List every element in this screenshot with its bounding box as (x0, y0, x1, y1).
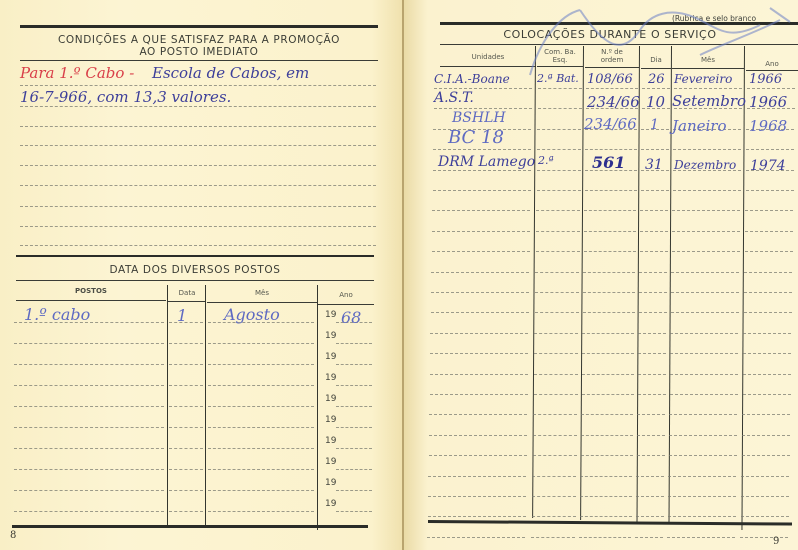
year-prefix: 19 (325, 478, 336, 488)
placement-row-line (635, 537, 663, 538)
year-prefix: 19 (325, 352, 336, 362)
conditions-line (20, 106, 376, 107)
placement-row-line (532, 496, 576, 497)
rank-row-line (336, 343, 372, 344)
year-prefix: 19 (325, 373, 336, 383)
placement-row-line (742, 414, 790, 415)
placement-row-line (432, 251, 530, 252)
rank-row-line (169, 490, 203, 491)
placement-row-line (433, 149, 531, 150)
header-underline (746, 70, 798, 71)
bottom-rule (428, 520, 792, 526)
page-number: 9 (773, 536, 779, 547)
placement-row-line (432, 231, 530, 232)
placement-row-line (584, 231, 636, 232)
rank-row-line (336, 406, 372, 407)
rank-1-data: 1 (177, 306, 187, 325)
rank-row-line (169, 511, 203, 512)
ranks-title: DATA DOS DIVERSOS POSTOS (16, 264, 374, 276)
placement-row-line (671, 272, 739, 273)
placement-row-line (536, 231, 580, 232)
row5-com: 2.ª (538, 154, 554, 167)
placement-row-line (744, 272, 792, 273)
col-header-dia: Dia (641, 56, 671, 64)
placement-row-line (642, 88, 670, 89)
placement-row-line (586, 88, 638, 89)
placement-row-line (430, 394, 528, 395)
year-prefix: 19 (325, 499, 336, 509)
placement-row-line (429, 414, 527, 415)
placement-row-line (535, 312, 579, 313)
placement-row-line (532, 476, 576, 477)
top-rule (20, 25, 378, 28)
placement-row-line (639, 292, 667, 293)
col-header-com-line1: Com. Ba. (537, 48, 583, 56)
placement-row-line (641, 149, 669, 150)
placement-row-line (534, 394, 578, 395)
placement-row-line (671, 292, 739, 293)
rank-row-line (336, 385, 372, 386)
row3-unidade: BSHLH (452, 110, 506, 126)
rank-row-line (14, 343, 164, 344)
placement-row-line (581, 414, 633, 415)
placement-row-line (674, 88, 742, 89)
header-underline (585, 67, 639, 68)
left-page: CONDIÇÕES A QUE SATISFAZ PARA A PROMOÇÃO… (0, 0, 404, 550)
rank-row-line (208, 448, 314, 449)
placement-row-line (430, 353, 528, 354)
conditions-line (20, 245, 376, 246)
placement-row-line (669, 414, 737, 415)
rank-row-line (336, 469, 372, 470)
header-underline (672, 68, 744, 69)
placement-row-line (583, 292, 635, 293)
header-underline (641, 68, 671, 69)
right-page: (Rubrica e selo branco COLOCAÇÕES DURANT… (404, 0, 798, 550)
placement-row-line (641, 190, 669, 191)
placement-row-line (580, 496, 632, 497)
placement-row-line (636, 496, 664, 497)
rank-row-line (14, 511, 164, 512)
promotion-date-grade-handwriting: 16-7-966, com 13,3 valores. (20, 88, 231, 106)
year-prefix: 19 (325, 436, 336, 446)
col-divider (205, 285, 206, 528)
row3-ano: 1968 (749, 117, 787, 135)
placement-row-line (582, 374, 634, 375)
conditions-title-line1: CONDIÇÕES A QUE SATISFAZ PARA A PROMOÇÃO (20, 34, 378, 46)
placement-row-line (670, 353, 738, 354)
rank-row-line (169, 385, 203, 386)
header-underline (537, 66, 583, 67)
rank-row-line (14, 448, 164, 449)
rank-row-line (208, 364, 314, 365)
placement-row-line (429, 455, 527, 456)
placement-row-line (639, 312, 667, 313)
placement-row-line (534, 333, 578, 334)
placement-row-line (538, 108, 582, 109)
placement-row-line (743, 333, 791, 334)
placement-row-line (740, 537, 788, 538)
col-divider (741, 46, 745, 530)
placement-row-line (584, 251, 636, 252)
placement-row-line (533, 414, 577, 415)
year-prefix: 19 (325, 331, 336, 341)
placement-row-line (638, 394, 666, 395)
ranks-title-rule (16, 280, 374, 281)
col-header-mes: Mês (207, 289, 317, 297)
row1-ano: 1966 (749, 72, 782, 87)
placement-row-line (741, 516, 789, 517)
placement-row-line (537, 149, 581, 150)
row2-ordem: 234/66 (587, 93, 640, 111)
rank-row-line (208, 490, 314, 491)
placement-row-line (537, 129, 581, 130)
placement-row-line (580, 476, 632, 477)
rank-1-mes: Agosto (224, 305, 280, 324)
placement-row-line (428, 516, 526, 517)
placement-row-line (637, 435, 665, 436)
rank-row-line (208, 406, 314, 407)
placement-row-line (537, 170, 581, 171)
placement-row-line (431, 312, 529, 313)
row2-dia: 10 (646, 93, 665, 111)
placement-row-line (581, 435, 633, 436)
header-underline (207, 302, 317, 303)
placement-row-line (743, 353, 791, 354)
bottom-rule (12, 525, 368, 528)
placement-row-line (744, 292, 792, 293)
placement-row-line (667, 537, 735, 538)
placement-row-line (536, 210, 580, 211)
placement-row-line (433, 190, 531, 191)
rank-row-line (169, 406, 203, 407)
row2-mes: Setembro (672, 92, 746, 110)
placement-row-line (741, 496, 789, 497)
placement-row-line (431, 292, 529, 293)
placement-row-line (742, 435, 790, 436)
year-prefix: 19 (325, 457, 336, 467)
conditions-line (20, 85, 376, 86)
placement-row-line (535, 272, 579, 273)
placement-row-line (636, 476, 664, 477)
placement-row-line (428, 496, 526, 497)
placement-row-line (669, 455, 737, 456)
placement-row-line (638, 353, 666, 354)
placement-row-line (638, 374, 666, 375)
placement-row-line (673, 149, 741, 150)
placement-row-line (538, 88, 582, 89)
placement-row-line (585, 190, 637, 191)
rank-row-line (208, 511, 314, 512)
placement-row-line (638, 333, 666, 334)
placement-row-line (637, 455, 665, 456)
row1-ordem: 108/66 (587, 72, 633, 87)
rank-1-posto: 1.º cabo (24, 305, 90, 324)
row5-unidade: DRM Lamego (438, 154, 535, 170)
placement-row-line (582, 394, 634, 395)
placement-row-line (580, 516, 632, 517)
placement-row-line (636, 516, 664, 517)
placement-row-line (669, 435, 737, 436)
placement-row-line (668, 516, 736, 517)
col-header-com-line2: Esq. (537, 56, 583, 64)
col-header-postos: POSTOS (16, 287, 166, 295)
placement-row-line (585, 149, 637, 150)
placement-row-line (579, 537, 631, 538)
row1-mes: Fevereiro (674, 72, 732, 86)
placement-row-line (745, 251, 793, 252)
rank-row-line (336, 511, 372, 512)
placement-row-line (671, 312, 739, 313)
rank-row-line (14, 385, 164, 386)
year-prefix: 19 (325, 415, 336, 425)
col-header-unidades: Unidades (440, 53, 536, 61)
row3-dia: 1 (650, 117, 659, 133)
rank-row-line (336, 490, 372, 491)
placement-row-line (670, 394, 738, 395)
header-underline (440, 66, 536, 67)
placement-row-line (533, 455, 577, 456)
rank-row-line (169, 364, 203, 365)
rank-row-line (336, 448, 372, 449)
placement-row-line (429, 435, 527, 436)
header-underline (318, 304, 374, 305)
conditions-line (20, 145, 376, 146)
placement-row-line (583, 312, 635, 313)
rank-row-line (14, 427, 164, 428)
placement-row-line (537, 190, 581, 191)
rank-row-line (169, 469, 203, 470)
conditions-line (20, 185, 376, 186)
placement-row-line (637, 414, 665, 415)
row1-unidade: C.I.A.-Boane (434, 72, 510, 86)
col-header-data: Data (168, 289, 206, 297)
placement-row-line (672, 210, 740, 211)
header-underline (16, 300, 166, 301)
row5-ano: 1974 (750, 158, 786, 174)
col-divider (637, 46, 640, 522)
placement-row-line (745, 231, 793, 232)
page-number: 8 (10, 530, 16, 541)
placement-row-line (746, 190, 794, 191)
rank-row-line (169, 427, 203, 428)
placement-row-line (668, 476, 736, 477)
col-header-ordem-line2: ordem (585, 56, 639, 64)
col-divider (532, 46, 536, 518)
rank-row-line (336, 364, 372, 365)
conditions-title-rule (20, 60, 378, 61)
placement-row-line (640, 231, 668, 232)
col-divider (317, 285, 318, 530)
col-header-ano: Ano (318, 291, 374, 299)
conditions-line (20, 126, 376, 127)
placement-row-line (434, 88, 532, 89)
col-divider (167, 285, 168, 528)
placement-row-line (672, 251, 740, 252)
placement-row-line (427, 537, 525, 538)
placement-row-line (741, 476, 789, 477)
rank-row-line (208, 427, 314, 428)
placement-row-line (639, 272, 667, 273)
placement-row-line (430, 333, 528, 334)
row3-mes: Janeiro (672, 117, 727, 135)
row4-unidade: BC 18 (448, 127, 504, 148)
placement-row-line (531, 537, 575, 538)
placement-row-line (743, 394, 791, 395)
year-prefix: 19 (325, 394, 336, 404)
row2-unidade: A.S.T. (434, 90, 474, 106)
conditions-title-line2: AO POSTO IMEDIATO (20, 46, 378, 58)
rank-1-ano-suffix: 68 (341, 308, 361, 327)
placement-row-line (640, 210, 668, 211)
rank-row-line (14, 469, 164, 470)
rank-row-line (14, 490, 164, 491)
placement-row-line (743, 374, 791, 375)
row5-ordem: 561 (592, 153, 625, 172)
row2-ano: 1966 (749, 93, 787, 111)
conditions-line (20, 226, 376, 227)
placements-title: COLOCAÇÕES DURANTE O SERVIÇO (440, 28, 780, 41)
title-rule (440, 44, 798, 45)
year-prefix: 19 (325, 310, 336, 320)
conditions-line (20, 206, 376, 207)
rank-row-line (169, 448, 203, 449)
placement-row-line (672, 231, 740, 232)
placement-row-line (581, 455, 633, 456)
placement-row-line (532, 516, 576, 517)
placement-row-line (673, 190, 741, 191)
header-underline (168, 301, 206, 302)
placement-row-line (428, 476, 526, 477)
section-divider-rule (16, 255, 374, 257)
placement-row-line (746, 149, 794, 150)
rank-row-line (169, 343, 203, 344)
placement-row-line (533, 435, 577, 436)
promotion-school-handwriting: Escola de Cabos, em (152, 64, 309, 82)
placement-row-line (431, 272, 529, 273)
placement-row-line (535, 292, 579, 293)
rank-row-line (336, 427, 372, 428)
col-header-ordem-line1: N.º de (585, 48, 639, 56)
col-header-mes: Mês (672, 56, 744, 64)
placement-row-line (582, 353, 634, 354)
rank-row-line (208, 469, 314, 470)
top-rule (440, 22, 798, 25)
placement-row-line (584, 210, 636, 211)
placement-row-line (742, 455, 790, 456)
rank-row-line (14, 364, 164, 365)
placement-row-line (583, 272, 635, 273)
row5-dia: 31 (645, 157, 663, 173)
placement-row-line (744, 312, 792, 313)
placement-row-line (536, 251, 580, 252)
placement-row-line (432, 210, 530, 211)
placement-row-line (670, 374, 738, 375)
placement-row-line (430, 374, 528, 375)
promotion-target-handwriting: Para 1.º Cabo - (20, 64, 134, 82)
conditions-line (20, 165, 376, 166)
rank-row-line (14, 406, 164, 407)
placement-row-line (668, 496, 736, 497)
rank-row-line (208, 343, 314, 344)
row5-mes: Dezembro (674, 158, 736, 172)
col-header-ano: Ano (746, 60, 798, 68)
placement-row-line (745, 210, 793, 211)
row3-ordem: 234/66 (584, 115, 637, 133)
placement-row-line (534, 374, 578, 375)
row1-com: 2.ª Bat. (537, 72, 579, 85)
placement-row-line (534, 353, 578, 354)
row1-dia: 26 (648, 72, 665, 87)
placement-row-line (640, 251, 668, 252)
placement-row-line (747, 88, 795, 89)
rank-row-line (208, 385, 314, 386)
placement-row-line (670, 333, 738, 334)
placement-row-line (582, 333, 634, 334)
